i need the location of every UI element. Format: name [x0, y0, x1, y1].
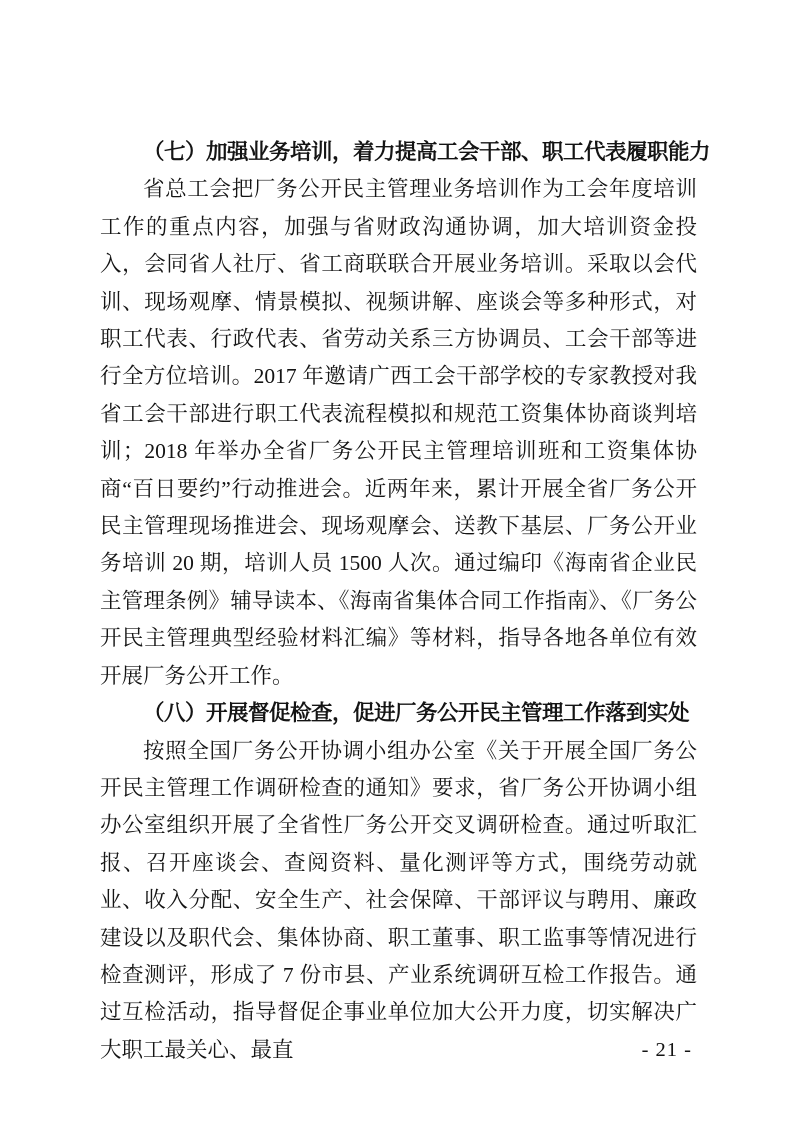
page-number: - 21 -	[642, 1038, 692, 1062]
body-paragraph: 省总工会把厂务公开民主管理业务培训作为工会年度培训工作的重点内容，加强与省财政沟…	[100, 171, 697, 695]
section-heading: （八）开展督促检查，促进厂务公开民主管理工作落到实处	[100, 695, 697, 732]
section-7: （七）加强业务培训，着力提高工会干部、职工代表履职能力 省总工会把厂务公开民主管…	[100, 134, 697, 695]
document-body: （七）加强业务培训，着力提高工会干部、职工代表履职能力 省总工会把厂务公开民主管…	[100, 134, 697, 1069]
body-paragraph: 按照全国厂务公开协调小组办公室《关于开展全国厂务公开民主管理工作调研检查的通知》…	[100, 733, 697, 1070]
document-page: （七）加强业务培训，着力提高工会干部、职工代表履职能力 省总工会把厂务公开民主管…	[0, 0, 793, 1122]
section-heading: （七）加强业务培训，着力提高工会干部、职工代表履职能力	[100, 134, 697, 171]
section-8: （八）开展督促检查，促进厂务公开民主管理工作落到实处 按照全国厂务公开协调小组办…	[100, 695, 697, 1069]
